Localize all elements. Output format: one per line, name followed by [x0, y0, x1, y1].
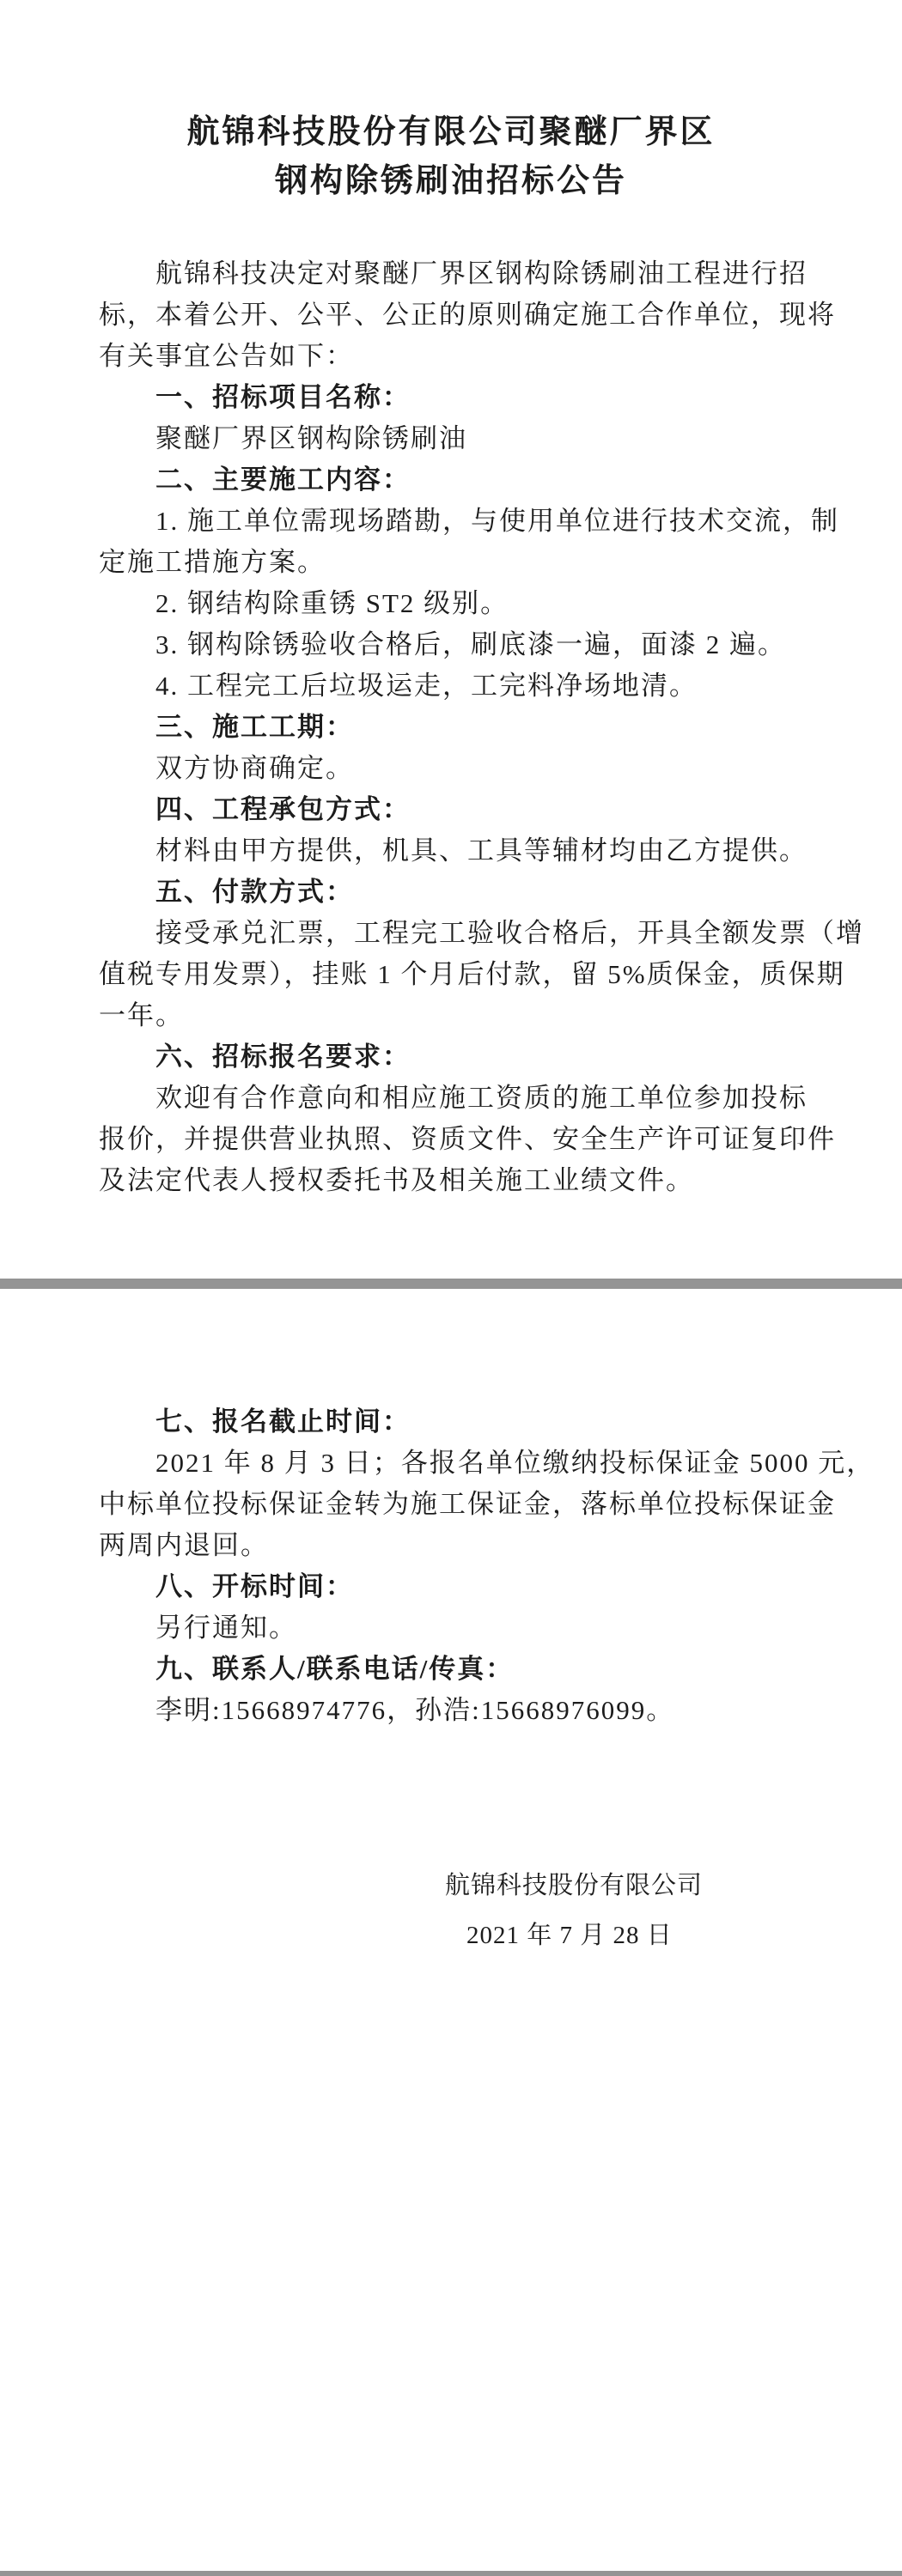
- body-text-line: 2021 年 8 月 3 日；各报名单位缴纳投标保证金 5000 元，: [99, 1443, 812, 1484]
- body-text-line: 欢迎有合作意向和相应施工资质的施工单位参加投标: [99, 1078, 812, 1119]
- bottom-page-break-divider: [0, 2571, 902, 2576]
- body-text-line: 两周内退回。: [99, 1525, 812, 1566]
- body-text-line: 材料由甲方提供，机具、工具等辅材均由乙方提供。: [99, 830, 812, 872]
- body-text-line: 4. 工程完工后垃圾运走，工完料净场地清。: [99, 665, 812, 707]
- signature-company-name: 航锦科技股份有限公司: [445, 1868, 703, 1903]
- body-text-line: 双方协商确定。: [99, 748, 812, 789]
- body-text-line: 标，本着公开、公平、公正的原则确定施工合作单位，现将: [99, 295, 812, 336]
- body-text-line: 接受承兑汇票，工程完工验收合格后，开具全额发票（增: [99, 913, 812, 954]
- document-title-line-1: 航锦科技股份有限公司聚醚厂界区: [0, 108, 902, 157]
- announcement-body-page-2: 七、报名截止时间：2021 年 8 月 3 日；各报名单位缴纳投标保证金 500…: [99, 1401, 812, 1731]
- body-text-line: 另行通知。: [99, 1607, 812, 1649]
- body-text-line: 中标单位投标保证金转为施工保证金，落标单位投标保证金: [99, 1484, 812, 1525]
- signature-date: 2021 年 7 月 28 日: [466, 1918, 673, 1953]
- section-heading-line: 二、主要施工内容：: [99, 459, 812, 501]
- section-heading-line: 三、施工工期：: [99, 707, 812, 748]
- section-heading-line: 六、招标报名要求：: [99, 1036, 812, 1078]
- document-title: 航锦科技股份有限公司聚醚厂界区 钢构除锈刷油招标公告: [0, 108, 902, 206]
- section-heading-line: 一、招标项目名称：: [99, 377, 812, 418]
- body-text-line: 值税专用发票），挂账 1 个月后付款，留 5%质保金，质保期: [99, 954, 812, 995]
- body-text-line: 定施工措施方案。: [99, 542, 812, 583]
- announcement-body-page-1: 航锦科技决定对聚醚厂界区钢构除锈刷油工程进行招标，本着公开、公平、公正的原则确定…: [99, 253, 812, 1201]
- body-text-line: 李明:15668974776，孙浩:15668976099。: [99, 1690, 812, 1731]
- body-text-line: 有关事宜公告如下：: [99, 336, 812, 377]
- section-heading-line: 八、开标时间：: [99, 1566, 812, 1607]
- document-title-line-2: 钢构除锈刷油招标公告: [0, 157, 902, 206]
- body-text-line: 3. 钢构除锈验收合格后，刷底漆一遍，面漆 2 遍。: [99, 624, 812, 665]
- section-heading-line: 五、付款方式：: [99, 872, 812, 913]
- section-heading-line: 七、报名截止时间：: [99, 1401, 812, 1443]
- body-text-line: 航锦科技决定对聚醚厂界区钢构除锈刷油工程进行招: [99, 253, 812, 295]
- body-text-line: 报价，并提供营业执照、资质文件、安全生产许可证复印件: [99, 1119, 812, 1160]
- section-heading-line: 四、工程承包方式：: [99, 789, 812, 830]
- document-page: 航锦科技股份有限公司聚醚厂界区 钢构除锈刷油招标公告 航锦科技决定对聚醚厂界区钢…: [0, 0, 902, 2576]
- body-text-line: 聚醚厂界区钢构除锈刷油: [99, 418, 812, 459]
- body-text-line: 一年。: [99, 995, 812, 1036]
- section-heading-line: 九、联系人/联系电话/传真：: [99, 1649, 812, 1690]
- page-break-divider: [0, 1279, 902, 1289]
- body-text-line: 及法定代表人授权委托书及相关施工业绩文件。: [99, 1160, 812, 1201]
- body-text-line: 1. 施工单位需现场踏勘，与使用单位进行技术交流，制: [99, 501, 812, 542]
- body-text-line: 2. 钢结构除重锈 ST2 级别。: [99, 583, 812, 624]
